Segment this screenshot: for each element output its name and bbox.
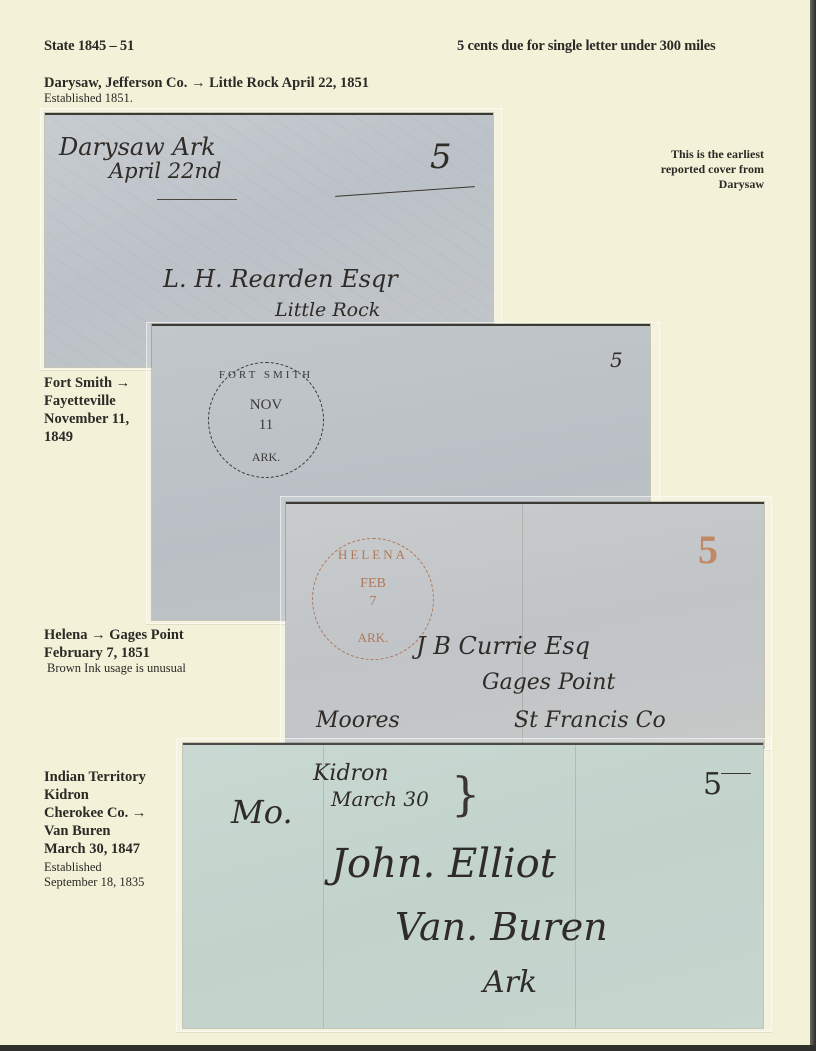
page-edge [810, 0, 816, 1051]
title-line: Cherokee Co. → [44, 804, 146, 822]
postmark-month: FEB [313, 577, 433, 590]
entry-helena-title: Helena → Gages Point February 7, 1851 [44, 626, 184, 662]
side-note-line: Darysaw [600, 177, 764, 192]
cover-helena: HELENA FEB 7 ARK. 5 J B Currie Esq Gages… [286, 502, 764, 748]
rate-description: 5 cents due for single letter under 300 … [457, 38, 715, 55]
fold-line [323, 745, 324, 1028]
exhibit-section-title: State 1845 – 51 [44, 38, 134, 55]
rate-marking: 5 [430, 137, 452, 177]
entry-darysaw-note: Established 1851. [44, 91, 133, 106]
title-line: Van Buren [44, 822, 146, 840]
underline [157, 199, 237, 200]
rate-dash [721, 773, 751, 774]
manuscript-postmark-line: March 30 [331, 787, 429, 811]
entry-fort-smith-title: Fort Smith → Fayetteville November 11, 1… [44, 374, 130, 446]
address-line: J B Currie Esq [416, 632, 590, 660]
page-bottom-edge [0, 1045, 816, 1051]
title-line: February 7, 1851 [44, 644, 184, 662]
entry-helena-note: Brown Ink usage is unusual [47, 661, 186, 676]
paid-marking: Mo. [231, 793, 293, 831]
side-note-line: This is the earliest [600, 147, 764, 162]
brace-mark: } [451, 767, 480, 821]
manuscript-postmark-line: Darysaw Ark [59, 133, 216, 161]
postmark-day: 7 [313, 595, 433, 608]
note-line: September 18, 1835 [44, 875, 144, 890]
rate-underline [335, 186, 475, 197]
title-line: Helena → Gages Point [44, 626, 184, 644]
title-line: March 30, 1847 [44, 840, 146, 858]
title-line: November 11, [44, 410, 130, 428]
address-line: Little Rock [275, 299, 380, 321]
postmark-month: NOV [209, 399, 323, 412]
postmark-town: HELENA [313, 547, 433, 563]
fold-line [575, 745, 576, 1028]
routing-note: Moores [316, 708, 400, 733]
title-line: Kidron [44, 786, 146, 804]
address-line: Gages Point [482, 670, 615, 695]
fort-smith-postmark: FORT SMITH NOV 11 ARK. [208, 362, 324, 478]
postmark-town: FORT SMITH [209, 369, 323, 381]
entry-darysaw-side-note: This is the earliest reported cover from… [600, 147, 764, 192]
address-line: St Francis Co [514, 708, 666, 733]
postmark-state: ARK. [313, 631, 433, 644]
postmark-day: 11 [209, 419, 323, 432]
rate-marking: 5 [698, 526, 718, 573]
address-line: Ark [483, 965, 537, 1000]
entry-kidron-note: Established September 18, 1835 [44, 860, 144, 890]
entry-darysaw-title: Darysaw, Jefferson Co. → Little Rock Apr… [44, 74, 369, 92]
title-line: Fort Smith → [44, 374, 130, 392]
manuscript-postmark-line: April 22nd [109, 159, 221, 183]
rate-marking: 5 [703, 767, 722, 802]
title-line: Fayetteville [44, 392, 130, 410]
title-line: Indian Territory [44, 768, 146, 786]
note-line: Established [44, 860, 144, 875]
postmark-state: ARK. [209, 451, 323, 464]
address-line: Van. Buren [395, 905, 608, 949]
rate-marking: 5 [610, 348, 623, 372]
cover-kidron: Kidron March 30 } Mo. 5 John. Elliot Van… [183, 743, 763, 1028]
address-line: John. Elliot [331, 841, 556, 887]
manuscript-postmark-line: Kidron [313, 761, 389, 786]
title-line: 1849 [44, 428, 130, 446]
side-note-line: reported cover from [600, 162, 764, 177]
entry-kidron-title: Indian Territory Kidron Cherokee Co. → V… [44, 768, 146, 858]
address-line: L. H. Rearden Esqr [163, 265, 398, 293]
